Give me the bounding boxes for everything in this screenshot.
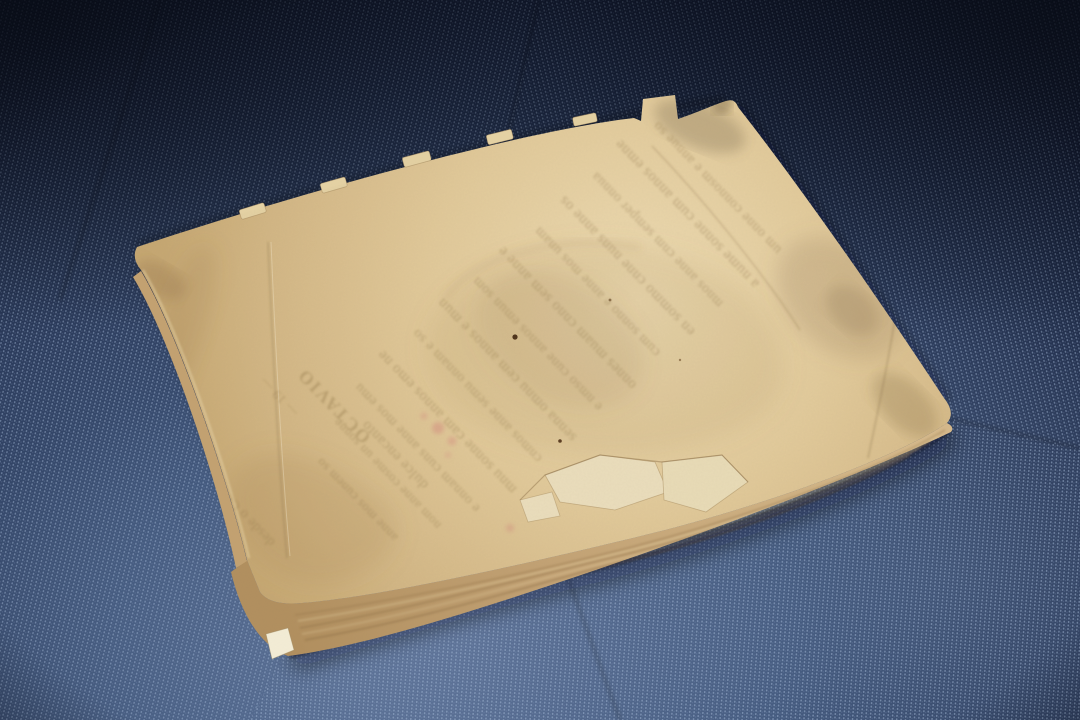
vignette-overlay bbox=[0, 0, 1080, 720]
photo-canvas: um onne connosm e annue so a nume sonne … bbox=[0, 0, 1080, 720]
photo-scene: um onne connosm e annue so a nume sonne … bbox=[0, 0, 1080, 720]
